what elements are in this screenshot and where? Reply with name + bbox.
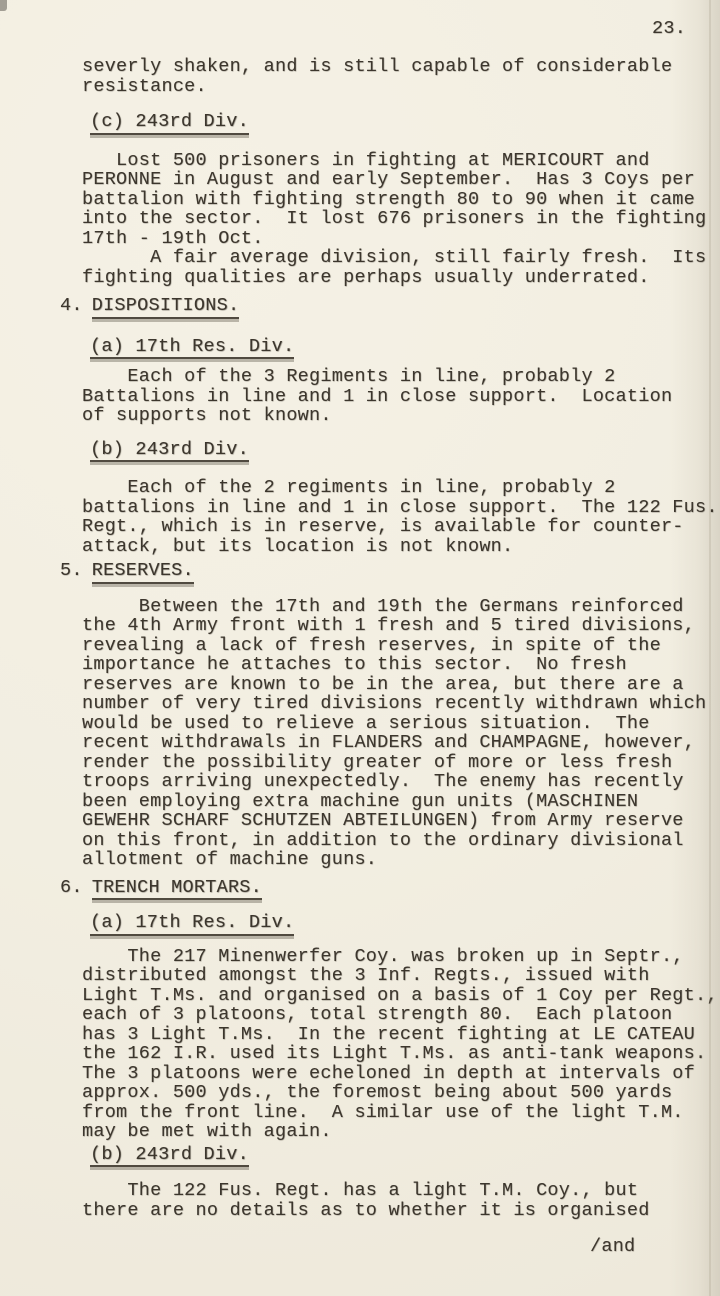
section-number-5: 5. [60,561,83,581]
paragraph-6b-243rd-div: The 122 Fus. Regt. has a light T.M. Coy.… [82,1181,720,1220]
paragraph-intro-continuation: severly shaken, and is still capable of … [82,57,720,96]
subsection-heading-4a-17th-res-div: (a) 17th Res. Div. [90,337,720,360]
section-number-6: 6. [60,878,83,898]
subsection-heading-c-243rd-div-text: (c) 243rd Div. [90,112,249,135]
page-number: 23. [652,19,686,39]
paper-edge-crease [709,0,711,1296]
subsection-heading-4b-243rd-div: (b) 243rd Div. [90,440,720,463]
scan-corner-smudge [0,0,7,11]
paragraph-6a-17th-res-div: The 217 Minenwerfer Coy. was broken up i… [82,947,720,1142]
section-heading-dispositions: 4.DISPOSITIONS. [60,296,720,319]
section-heading-reserves-text: RESERVES. [92,561,194,584]
subsection-heading-6a-text: (a) 17th Res. Div. [90,913,294,936]
paragraph-4b-243rd-div: Each of the 2 regiments in line, probabl… [82,478,720,556]
subsection-heading-c-243rd-div: (c) 243rd Div. [90,112,720,135]
section-heading-trench-mortars: 6.TRENCH MORTARS. [60,878,720,901]
subsection-heading-4b-text: (b) 243rd Div. [90,440,249,463]
paragraph-5-reserves: Between the 17th and 19th the Germans re… [82,597,720,870]
section-heading-dispositions-text: DISPOSITIONS. [92,296,240,319]
paragraph-c-243rd-div: Lost 500 prisoners in fighting at MERICO… [82,151,720,288]
paragraph-4a-17th-res-div: Each of the 3 Regiments in line, probabl… [82,367,720,426]
subsection-heading-4a-text: (a) 17th Res. Div. [90,337,294,360]
subsection-heading-6b-243rd-div: (b) 243rd Div. [90,1145,720,1168]
subsection-heading-6b-text: (b) 243rd Div. [90,1145,249,1168]
section-heading-reserves: 5.RESERVES. [60,561,720,584]
catchword-and: /and [590,1237,720,1257]
section-heading-trench-mortars-text: TRENCH MORTARS. [92,878,262,901]
section-number-4: 4. [60,296,83,316]
subsection-heading-6a-17th-res-div: (a) 17th Res. Div. [90,913,720,936]
document-page: 23. severly shaken, and is still capable… [0,0,720,1296]
